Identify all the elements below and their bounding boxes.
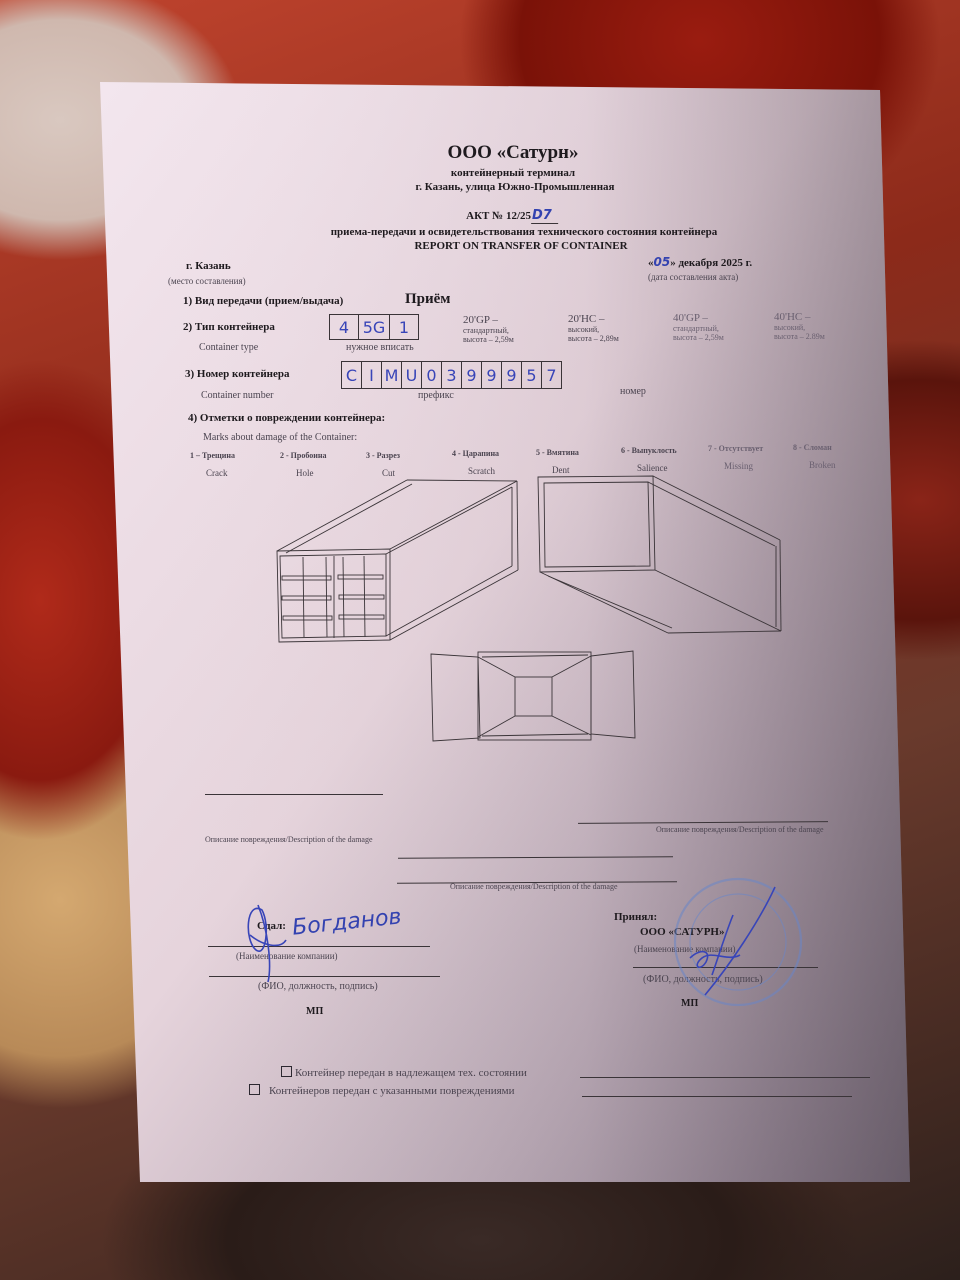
- accepted-signature-scrawl: [690, 887, 775, 995]
- check-with-damage-line[interactable]: [582, 1096, 852, 1097]
- check-good-condition-line[interactable]: [580, 1077, 870, 1078]
- checkbox-with-damage[interactable]: [249, 1084, 260, 1095]
- check-with-damage[interactable]: Контейнеров передан с указанными поврежд…: [249, 1084, 515, 1097]
- checkbox-good-condition[interactable]: [281, 1066, 292, 1077]
- company-stamp: [675, 879, 801, 1005]
- transfer-report-document: ООО «Сатурн» контейнерный терминал г. Ка…: [0, 0, 960, 1280]
- check-good-condition[interactable]: Контейнер передан в надлежащем тех. сост…: [281, 1066, 527, 1079]
- handed-over-signature-scrawl: [248, 905, 286, 982]
